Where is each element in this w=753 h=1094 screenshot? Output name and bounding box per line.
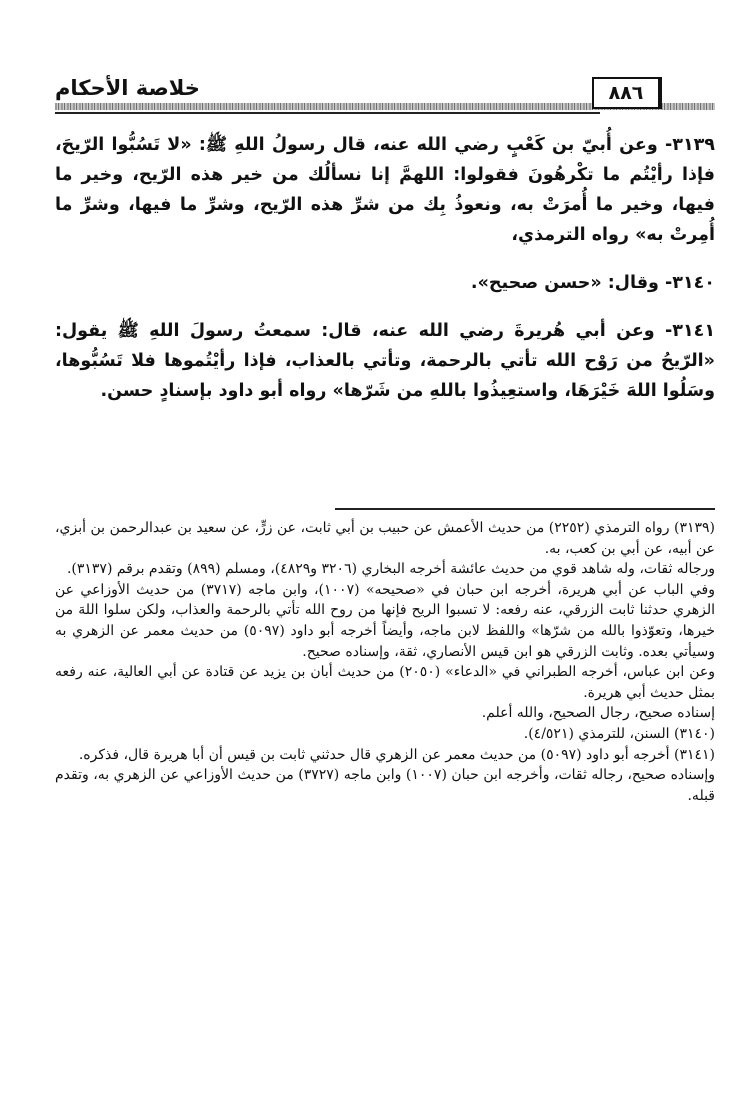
- footnote-3139: (٣١٣٩) رواه الترمذي (٢٢٥٢) من حديث الأعم…: [55, 518, 715, 559]
- hadith-3139: ٣١٣٩- وعن أُبيّ بن كَعْبٍ رضي الله عنه، …: [55, 130, 715, 250]
- footnote-3141: (٣١٤١) أخرجه أبو داود (٥٠٩٧) من حديث معم…: [55, 745, 715, 766]
- footnote-text: ورجاله ثقات، وله شاهد قوي من حديث عائشة …: [67, 561, 715, 577]
- footnote-paragraph: ورجاله ثقات، وله شاهد قوي من حديث عائشة …: [55, 559, 715, 580]
- hadith-text: وقال: «حسن صحيح».: [471, 273, 659, 293]
- footnote-paragraph: إسناده صحيح، رجال الصحيح، والله أعلم.: [55, 703, 715, 724]
- main-text: ٣١٣٩- وعن أُبيّ بن كَعْبٍ رضي الله عنه، …: [55, 130, 715, 418]
- footnote-text: إسناده صحيح، رجال الصحيح، والله أعلم.: [482, 705, 715, 721]
- hadith-text: وعن أبي هُريرةَ رضي الله عنه، قال: سمعتُ…: [55, 321, 715, 401]
- hadith-text: وعن أُبيّ بن كَعْبٍ رضي الله عنه، قال رس…: [55, 135, 715, 245]
- footnote-text: رواه الترمذي (٢٢٥٢) من حديث الأعمش عن حب…: [55, 520, 715, 557]
- footnotes: (٣١٣٩) رواه الترمذي (٢٢٥٢) من حديث الأعم…: [55, 518, 715, 806]
- hadith-3140: ٣١٤٠- وقال: «حسن صحيح».: [55, 268, 715, 298]
- page-number: ٨٨٦: [592, 77, 662, 109]
- book-page: خلاصة الأحكام ٨٨٦ ٣١٣٩- وعن أُبيّ بن كَع…: [0, 0, 753, 1094]
- hadith-number: ٣١٣٩-: [665, 135, 715, 155]
- footnote-paragraph: وإسناده صحيح، رجاله ثقات، وأخرجه ابن حبا…: [55, 765, 715, 806]
- footnote-text: السنن، للترمذي (٤/٥٢١).: [524, 726, 670, 742]
- footnote-ref: (٣١٤١): [674, 747, 715, 763]
- footnote-text: وإسناده صحيح، رجاله ثقات، وأخرجه ابن حبا…: [55, 767, 715, 804]
- header-rule: [55, 112, 600, 114]
- footnote-paragraph: وعن ابن عباس، أخرجه الطبراني في «الدعاء»…: [55, 662, 715, 703]
- book-title: خلاصة الأحكام: [55, 75, 200, 101]
- footnote-divider: [335, 508, 715, 510]
- footnote-text: أخرجه أبو داود (٥٠٩٧) من حديث معمر عن ال…: [79, 747, 670, 763]
- footnote-ref: (٣١٣٩): [674, 520, 715, 536]
- footnote-ref: (٣١٤٠): [674, 726, 715, 742]
- footnote-text: وفي الباب عن أبي هريرة، أخرجه ابن حبان ف…: [55, 582, 715, 660]
- page-header: خلاصة الأحكام ٨٨٦: [55, 75, 715, 115]
- footnote-3140: (٣١٤٠) السنن، للترمذي (٤/٥٢١).: [55, 724, 715, 745]
- footnote-paragraph: وفي الباب عن أبي هريرة، أخرجه ابن حبان ف…: [55, 580, 715, 662]
- hadith-number: ٣١٤١-: [665, 321, 715, 341]
- hadith-number: ٣١٤٠-: [665, 273, 715, 293]
- hadith-3141: ٣١٤١- وعن أبي هُريرةَ رضي الله عنه، قال:…: [55, 316, 715, 406]
- footnote-text: وعن ابن عباس، أخرجه الطبراني في «الدعاء»…: [55, 664, 715, 701]
